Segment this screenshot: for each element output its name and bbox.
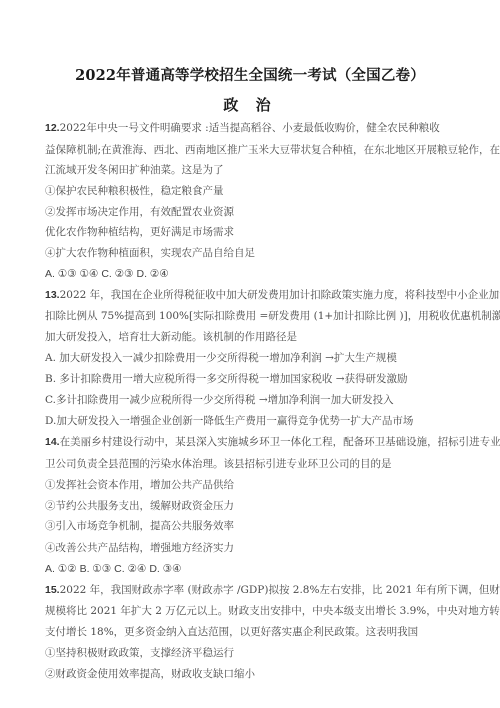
q13-option-d: D.加大研发投入一增强企业创新一降低生产费用一赢得竞争优势一扩大产品市场 — [45, 414, 413, 428]
q13-option-c: C.多计扣除费用一减少应税所得一少交所得税 →增加净利润一加大研发投入 — [45, 393, 394, 407]
q15-line-1: 15.2022 年，我国财政赤字率 (财政赤字 /GDP)拟按 2.8%左右安排… — [45, 583, 500, 597]
q12-statement-2: ②发挥市场决定作用，有效配置农业资源 — [45, 205, 234, 219]
q14-statement-4: ④改善公共产品结构，增强地方经济实力 — [45, 541, 234, 555]
q15-line-2: 规模将比 2021 年扩大 2 万亿元以上。财政支出安排中，中央本级支出增长 3… — [45, 604, 500, 618]
q13-line-1: 13.2022 年，我国在企业所得税征收中加大研发费用加计扣除政策实施力度，将科… — [45, 288, 500, 302]
q14-statement-1: ①发挥社会资本作用，增加公共产品供给 — [45, 478, 234, 492]
q14-line-2: 卫公司负责全县范围的污染水体治理。该县招标引进专业环卫公司的目的是 — [45, 457, 392, 471]
q12-statement-1: ①保护农民种粮积极性，稳定粮食产量 — [45, 184, 224, 198]
q15-statement-1: ①坚持积极财政政策，支撑经济平稳运行 — [45, 646, 234, 660]
exam-title: 2022年普通高等学校招生全国统一考试（全国乙卷） — [0, 64, 500, 85]
q15-line-3: 支付增长 18%，更多资金纳入直达范围，以更好落实惠企利民政策。这表明我国 — [45, 625, 418, 639]
q12-number: 12. — [45, 122, 60, 134]
q15-number: 15. — [45, 584, 60, 596]
q14-line-1: 14.在美丽乡村建设行动中，某县深入实施城乡环卫一体化工程，配备环卫基础设施，招… — [45, 435, 500, 449]
q12-choices: A. ①③ ①④ C. ②③ D. ②④ — [45, 267, 169, 281]
q13-option-a: A. 加大研发投入一减少扣除费用一少交所得税一增加净利润 →扩大生产规模 — [45, 351, 397, 365]
q12-line-2: 益保障机制;在黄淮海、西北、西南地区推广玉米大豆带状复合种植，在东北地区开展粮豆… — [45, 143, 500, 157]
q12-statement-3: 优化农作物种植结构，更好满足市场需求 — [45, 225, 234, 239]
q13-line-2: 扣除比例从 75%提高到 100%[实际扣除费用 =研发费用 (1+加计扣除比例… — [45, 309, 500, 323]
q12-line-3: 江流域开发冬闲田扩种油菜。这是为了 — [45, 163, 224, 177]
q13-line-3: 加大研发投入，培育壮大新动能。该机制的作用路径是 — [45, 330, 297, 344]
q14-choices: A. ①② B. ①③ C. ②④ D. ③④ — [45, 562, 182, 576]
q15-statement-2: ②财政资金使用效率提高，财政收支缺口缩小 — [45, 667, 255, 681]
exam-subject: 政 治 — [0, 94, 500, 115]
q14-number: 14. — [45, 436, 60, 448]
q14-statement-3: ③引入市场竞争机制，提高公共服务效率 — [45, 519, 234, 533]
q13-number: 13. — [45, 289, 60, 301]
q13-option-b: B. 多计扣除费用一增大应税所得一多交所得税一增加国家税收 →获得研发激励 — [45, 372, 408, 386]
q12-statement-4: ④扩大农作物种植面积，实现农产品自给自足 — [45, 246, 255, 260]
q14-statement-2: ②节约公共服务支出，缓解财政资金压力 — [45, 499, 234, 513]
q12-line-1: 12.2022年中央一号文件明确要求 :适当提高稻谷、小麦最低收购价，健全农民种… — [45, 121, 440, 135]
exam-page: 2022年普通高等学校招生全国统一考试（全国乙卷） 政 治 12.2022年中央… — [0, 0, 500, 708]
